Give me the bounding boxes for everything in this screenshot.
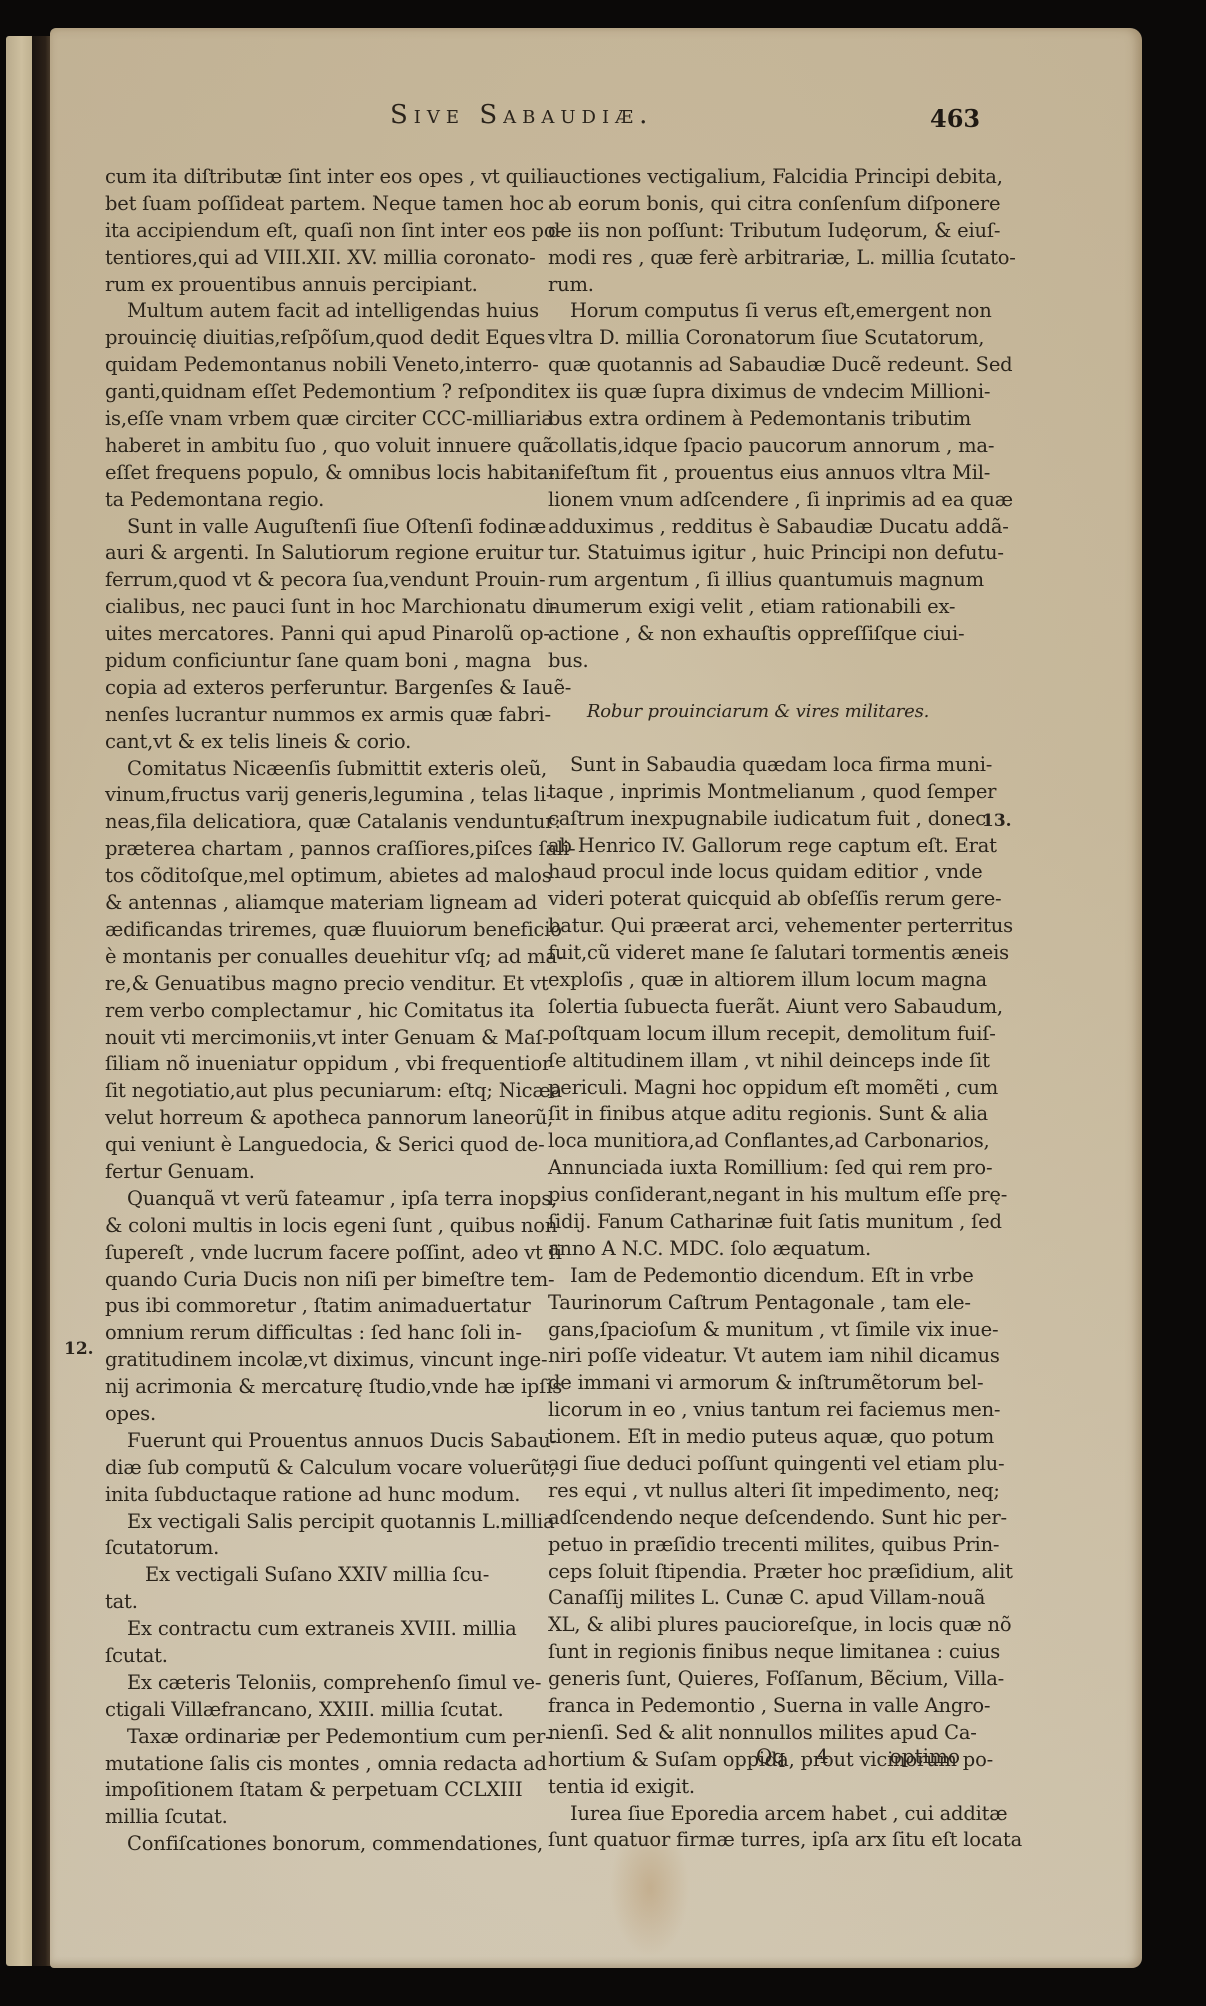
right-text-column: auctiones vectigalium, Falcidia Principi… [548, 164, 968, 1854]
text-line: quidam Pedemontanus nobili Veneto,interr… [105, 352, 517, 379]
text-line: ædificandas triremes, quæ fluuiorum bene… [105, 917, 517, 944]
text-line: Iurea ſiue Eporedia arcem habet , cui ad… [548, 1801, 968, 1828]
text-line: auri & argenti. In Salutiorum regione er… [105, 540, 517, 567]
text-line: Iam de Pedemontio dicendum. Eſt in vrbe [548, 1263, 968, 1290]
text-line: nienſi. Sed & alit nonnullos milites apu… [548, 1720, 968, 1747]
text-line: qui veniunt è Languedocia, & Serici quod… [105, 1132, 517, 1159]
text-line: Fuerunt qui Prouentus annuos Ducis Sabau… [105, 1428, 517, 1455]
text-line: anno A N.C. MDC. ſolo æquatum. [548, 1236, 968, 1263]
text-line: Taurinorum Caſtrum Pentagonale , tam ele… [548, 1290, 968, 1317]
text-line: adduximus , redditus è Sabaudiæ Ducatu a… [548, 514, 968, 541]
text-line: quæ quotannis ad Sabaudiæ Ducẽ redeunt. … [548, 352, 968, 379]
text-line: uites mercatores. Panni qui apud Pinarol… [105, 621, 517, 648]
text-line: Ex contractu cum extraneis XVIII. millia [105, 1616, 517, 1643]
text-line: ab eorum bonis, qui citra conſenſum diſp… [548, 191, 968, 218]
text-line: de iis non poſſunt: Tributum Iudęorum, &… [548, 218, 968, 245]
text-line: ex iis quæ ſupra diximus de vndecim Mill… [548, 379, 968, 406]
text-line: velut horreum & apotheca pannorum laneor… [105, 1105, 517, 1132]
text-line: ſunt quatuor firmæ turres, ipſa arx ſitu… [548, 1827, 968, 1854]
text-line: tionem. Eſt in medio puteus aquæ, quo po… [548, 1424, 968, 1451]
text-line: ſit in finibus atque aditu regionis. Sun… [548, 1101, 968, 1128]
text-line: ſupereſt , vnde lucrum facere poſſint, a… [105, 1240, 517, 1267]
text-line: Quanquã vt verũ fateamur , ipſa terra in… [105, 1186, 517, 1213]
text-line: actione , & non exhauſtis oppreſſiſque c… [548, 621, 968, 648]
text-line: gans,ſpacioſum & munitum , vt ſimile vix… [548, 1317, 968, 1344]
text-line: modi res , quæ ferè arbitrariæ, L. milli… [548, 245, 968, 272]
text-line: inita ſubductaque ratione ad hunc modum. [105, 1482, 517, 1509]
text-line: ſiliam nõ inueniatur oppidum , vbi frequ… [105, 1051, 517, 1078]
text-line: petuo in præſidio trecenti milites, quib… [548, 1532, 968, 1559]
text-line: rum ex prouentibus annuis percipiant. [105, 272, 517, 299]
left-text-column: cum ita diſtributæ ſint inter eos opes ,… [105, 164, 517, 1858]
text-line: Ex vectigali Salis percipit quotannis L.… [105, 1509, 517, 1536]
text-line: auctiones vectigalium, Falcidia Principi… [548, 164, 968, 191]
text-line: Confiſcationes bonorum, commendationes, [105, 1831, 517, 1858]
text-line: Canaſſij milites L. Cunæ C. apud Villam-… [548, 1585, 968, 1612]
text-line: haberet in ambitu ſuo , quo voluit innue… [105, 433, 517, 460]
text-line: vinum,fructus varij generis,legumina , t… [105, 782, 517, 809]
text-line: Annunciada iuxta Romillium: ſed qui rem … [548, 1155, 968, 1182]
text-line: rum. [548, 272, 968, 299]
text-line: nifeſtum fit , prouentus eius annuos vlt… [548, 460, 968, 487]
text-line: & antennas , aliamque materiam ligneam a… [105, 890, 517, 917]
text-line: ſit negotiatio,aut plus pecuniarum: eſtq… [105, 1078, 517, 1105]
text-line: ganti,quidnam eſſet Pedemontium ? reſpon… [105, 379, 517, 406]
text-line: Multum autem facit ad intelligendas huiu… [105, 298, 517, 325]
text-line: vltra D. millia Coronatorum ſiue Scutato… [548, 325, 968, 352]
text-line: Comitatus Nicæenſis ſubmittit exteris ol… [105, 756, 517, 783]
text-line: è montanis per conualles deuehitur vſq; … [105, 944, 517, 971]
text-line: nenſes lucrantur nummos ex armis quæ fab… [105, 702, 517, 729]
text-line: rum argentum , ſi illius quantumuis magn… [548, 567, 968, 594]
text-line: numerum exigi velit , etiam rationabili … [548, 594, 968, 621]
signature-number: 4 [816, 1744, 829, 1768]
text-line: ſcutat. [105, 1643, 517, 1670]
text-line: res equi , vt nullus alteri ſit impedime… [548, 1478, 968, 1505]
section-heading: Robur prouinciarum & vires militares. [548, 699, 968, 726]
text-line: XL, & alibi plures paucioreſque, in loci… [548, 1612, 968, 1639]
text-line: Ex cæteris Teloniis, comprehenſo ſimul v… [105, 1670, 517, 1697]
text-line: ctigali Villæfrancano, XXIII. millia ſcu… [105, 1697, 517, 1724]
text-line: lionem vnum adſcendere , ſi inprimis ad … [548, 487, 968, 514]
text-line: ſunt in regionis finibus neque limitanea… [548, 1639, 968, 1666]
text-line: re,& Genuatibus magno precio venditur. E… [105, 971, 517, 998]
text-line: bus extra ordinem à Pedemontanis tributi… [548, 406, 968, 433]
running-head: Sive Sabaudiæ. [390, 100, 653, 130]
text-line: cialibus, nec pauci ſunt in hoc Marchion… [105, 594, 517, 621]
text-line: de immani vi armorum & inſtrumẽtorum bel… [548, 1370, 968, 1397]
previous-page-edge [6, 36, 32, 1966]
text-line: bet ſuam poſſideat partem. Neque tamen h… [105, 191, 517, 218]
text-line: adſcendendo neque deſcendendo. Sunt hic … [548, 1505, 968, 1532]
text-line: ab Henrico IV. Gallorum rege captum eſt.… [548, 833, 968, 860]
text-line: nouit vti mercimoniis,vt inter Genuam & … [105, 1025, 517, 1052]
text-line: franca in Pedemontio , Suerna in valle A… [548, 1693, 968, 1720]
text-line: ſidij. Fanum Catharinæ fuit ſatis munitu… [548, 1209, 968, 1236]
text-line: videri poterat quicquid ab obſeſſis reru… [548, 886, 968, 913]
text-line: gratitudinem incolæ,vt diximus, vincunt … [105, 1347, 517, 1374]
text-line: quando Curia Ducis non niſi per bimeſtre… [105, 1267, 517, 1294]
margin-note-13: 13. [982, 811, 1012, 831]
text-line: loca munitiora,ad Conflantes,ad Carbonar… [548, 1128, 968, 1155]
text-line: tat. [105, 1589, 517, 1616]
text-line: & coloni multis in locis egeni ſunt , qu… [105, 1213, 517, 1240]
text-line: ſolertia ſubuecta fuerãt. Aiunt vero Sab… [548, 994, 968, 1021]
text-line: tur. Statuimus igitur , huic Principi no… [548, 540, 968, 567]
text-line: præterea chartam , pannos craſſiores,piſ… [105, 836, 517, 863]
text-line: pidum conficiuntur ſane quam boni , magn… [105, 648, 517, 675]
text-line: collatis,idque ſpacio paucorum annorum ,… [548, 433, 968, 460]
text-line: bus. [548, 648, 968, 675]
text-line: Ex vectigali Suſano XXIV millia ſcu- [105, 1562, 517, 1589]
text-line: generis ſunt, Quieres, Foſſanum, Bẽcium,… [548, 1666, 968, 1693]
text-line: caſtrum inexpugnabile iudicatum fuit , d… [548, 806, 968, 833]
text-line: periculi. Magni hoc oppidum eſt momẽti ,… [548, 1075, 968, 1102]
margin-note-12: 12. [64, 1339, 94, 1359]
text-line: poſtquam locum illum recepit, demolitum … [548, 1021, 968, 1048]
text-line: cum ita diſtributæ ſint inter eos opes ,… [105, 164, 517, 191]
text-line: haud procul inde locus quidam editior , … [548, 859, 968, 886]
page-number: 463 [930, 104, 980, 133]
signature-mark: Qq [756, 1744, 785, 1768]
text-line: Horum computus ſi verus eſt,emergent non [548, 298, 968, 325]
text-line: mutatione ſalis cis montes , omnia redac… [105, 1751, 517, 1778]
catchword: optimo [890, 1744, 960, 1768]
text-line: exploſis , quæ in altiorem illum locum m… [548, 967, 968, 994]
text-line: Sunt in Sabaudia quædam loca firma muni- [548, 752, 968, 779]
text-line: pus ibi commoretur , ſtatim animaduertat… [105, 1293, 517, 1320]
text-line: ſe altitudinem illam , vt nihil deinceps… [548, 1048, 968, 1075]
text-line: ita accipiendum eſt, quaſi non ſint inte… [105, 218, 517, 245]
text-line: agi ſiue deduci poſſunt quingenti vel et… [548, 1451, 968, 1478]
text-line: ta Pedemontana regio. [105, 487, 517, 514]
text-line: niri poſſe videatur. Vt autem iam nihil … [548, 1343, 968, 1370]
text-line: tentiores,qui ad VIII.XII. XV. millia co… [105, 245, 517, 272]
text-line: opes. [105, 1401, 517, 1428]
text-line: tentia id exigit. [548, 1774, 968, 1801]
text-line: omnium rerum difficultas : ſed hanc ſoli… [105, 1320, 517, 1347]
text-line: prouincię diuitias,reſpõſum,quod dedit E… [105, 325, 517, 352]
text-line: neas,fila delicatiora, quæ Catalanis ven… [105, 809, 517, 836]
text-line: eſſet frequens populo, & omnibus locis h… [105, 460, 517, 487]
text-line: ceps ſoluit ſtipendia. Præter hoc præſid… [548, 1559, 968, 1586]
text-line: taque , inprimis Montmelianum , quod ſem… [548, 779, 968, 806]
text-line: is,eſſe vnam vrbem quæ circiter CCC-mill… [105, 406, 517, 433]
text-line: cant,vt & ex telis lineis & corio. [105, 729, 517, 756]
text-line: fuit,cũ videret mane ſe ſalutari torment… [548, 940, 968, 967]
text-line: rem verbo complectamur , hic Comitatus i… [105, 998, 517, 1025]
text-line: tos cõditoſque,mel optimum, abietes ad m… [105, 863, 517, 890]
text-line: Sunt in valle Auguſtenſi ſiue Oſtenſi fo… [105, 514, 517, 541]
text-line: ſcutatorum. [105, 1535, 517, 1562]
text-line: batur. Qui præerat arci, vehementer pert… [548, 913, 968, 940]
text-line: millia ſcutat. [105, 1804, 517, 1831]
text-line: copia ad exteros perferuntur. Bargenſes … [105, 675, 517, 702]
text-line: Taxæ ordinariæ per Pedemontium cum per- [105, 1724, 517, 1751]
text-line: fertur Genuam. [105, 1159, 517, 1186]
text-line: licorum in eo , vnius tantum rei faciemu… [548, 1397, 968, 1424]
text-line: pius conſiderant,negant in his multum eſ… [548, 1182, 968, 1209]
text-line: nij acrimonia & mercaturę ſtudio,vnde hæ… [105, 1374, 517, 1401]
text-line: diæ ſub computũ & Calculum vocare voluer… [105, 1455, 517, 1482]
text-line: impoſitionem ſtatam & perpetuam CCLXIII [105, 1777, 517, 1804]
text-line: ferrum,quod vt & pecora ſua,vendunt Prou… [105, 567, 517, 594]
